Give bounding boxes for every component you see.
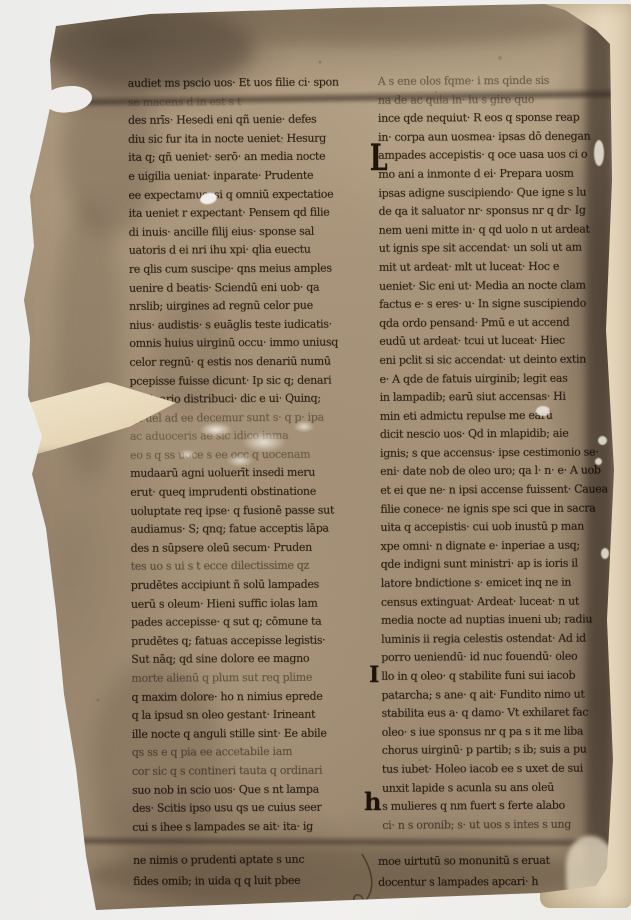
manuscript-line: eudū ut ardeat· tcui ut luceat· Hiec xyxy=(379,332,613,352)
manuscript-line: cui s ihee s lampades se ait· ita· ig xyxy=(132,817,365,837)
manuscript-line: nrslib; uirgines ad regnū celor pue xyxy=(129,296,362,316)
manuscript-line: ignis; s que accensus· ipse cestimonio s… xyxy=(380,443,614,463)
manuscript-line: ita ueniet r expectant· Pensem qd filie xyxy=(128,203,361,223)
manuscript-line: patarcha; s ane· q ait· Fundito nimo ut xyxy=(381,685,615,705)
damage-fleck xyxy=(595,458,602,465)
manuscript-line: morte alienū q plum sut req plime xyxy=(131,668,364,688)
manuscript-line: ille nocte q anguli stille sint· Ee abil… xyxy=(132,724,365,744)
manuscript-line: ueniet· Sic eni ut· Media an nocte clam xyxy=(379,276,613,296)
manuscript-line: filie conece· ne ignis spe sci que in sa… xyxy=(380,499,614,519)
manuscript-line: latore bndictione s· emicet inq ne in xyxy=(381,573,615,593)
damage-fleck xyxy=(598,436,607,445)
manuscript-line: re qlis cum suscipe· qns meius amples xyxy=(129,259,362,279)
text-column-right: A s ene olos fqme· i ms qinde sisna de a… xyxy=(378,71,617,848)
manuscript-line: chorus uirginū· p partib; s ib; suis a p… xyxy=(382,741,616,761)
marginal-initial-h: h xyxy=(364,790,381,814)
manuscript-line: q maxim dolore· ho n nimius eprede xyxy=(131,687,364,707)
manuscript-line: fides omib; in uida q q luit pbee xyxy=(133,869,373,891)
manuscript-line: s mulieres q nm fuert s ferte alabo xyxy=(382,796,616,816)
manuscript-line: de qa it saluator nr· sponsus nr q dr· I… xyxy=(378,201,612,221)
manuscript-line: pades accepisse· q sut q; cōmune ta xyxy=(131,613,364,633)
manuscript-line: cor sic q s contineri tauta q ordinari xyxy=(132,761,365,781)
manuscript-line: ita q; qñ ueniet· serō· an media nocte xyxy=(128,148,361,168)
manuscript-line: q la ipsud sn oleo gestant· Irineant xyxy=(132,705,365,725)
manuscript-line: in· corpa aun uosmea· ipsas dō denegan xyxy=(378,127,612,147)
decorated-initial-L: L xyxy=(370,140,388,176)
manuscript-line: suo nob in scio uos· Que s nt lampa xyxy=(132,780,365,800)
manuscript-line: erut· queq imprudenti obstinatione xyxy=(130,482,363,502)
manuscript-line: se macens d in est s t xyxy=(128,92,361,112)
text-column-left-bottom: ne nimis o prudenti aptate s uncfides om… xyxy=(133,848,373,895)
manuscript-line: omnis huius uirginū occu· immo uniusq xyxy=(129,334,362,354)
manuscript-line: e uigilia ueniat· inparate· Prudente xyxy=(128,166,361,186)
manuscript-line: qz uel ad ee decemur sunt s· q p· ipa xyxy=(130,408,363,428)
damage-fleck xyxy=(536,406,550,416)
manuscript-line: qda ordo pensand· Pmū e ut accend xyxy=(379,313,613,333)
manuscript-line: ipsas adigne suscipiendo· Que igne s lu xyxy=(378,183,612,203)
manuscript-line: eni pclit si sic accendat· ut deinto ext… xyxy=(379,350,613,370)
manuscript-line: e· A qde de fatuis uirginib; legit eas xyxy=(379,369,613,389)
manuscript-photo: audiet ms pscio uos· Et uos filie ci· sp… xyxy=(0,0,631,920)
manuscript-line: ut ignis spe sit accendat· un soli ut am xyxy=(379,239,613,259)
manuscript-line: des n sūpsere oleū secum· Pruden xyxy=(130,538,363,558)
manuscript-line: Sut nāq; qd sine dolore ee magno xyxy=(131,650,364,670)
manuscript-line: in lampadib; earū siut accensas· Hi xyxy=(380,387,614,407)
manuscript-line: qde indigni sunt ministri· ap is ioris i… xyxy=(381,555,615,575)
manuscript-line: mit ut ardeat· mlt ut luceat· Hoc e xyxy=(379,257,613,277)
manuscript-line: uoluptate req ipse· q fusionē passe sut xyxy=(130,501,363,521)
manuscript-line: uenire d beatis· Sciendū eni uob· qa xyxy=(129,278,362,298)
manuscript-line: prudētes q; fatuas accepisse legistis· xyxy=(131,631,364,651)
manuscript-line: llo in q oleo· q stabilite funi sui iaco… xyxy=(381,666,615,686)
manuscript-line: census extinguat· Ardeat· luceat· n ut xyxy=(381,592,615,612)
manuscript-line: media nocte ad nuptias inueni ub; radiu xyxy=(381,611,615,631)
manuscript-line: ne nimis o prudenti aptate s unc xyxy=(133,848,373,870)
manuscript-line: unxit lapide s acunla su ans oleū xyxy=(382,778,616,798)
manuscript-line: A s ene olos fqme· i ms qinde sis xyxy=(378,71,612,91)
manuscript-line: diu sic fur ita in nocte ueniet· Hesurg xyxy=(128,129,361,149)
manuscript-line: nius· audistis· s euāglis teste iudicati… xyxy=(129,315,362,335)
stain-top-band xyxy=(150,4,580,46)
manuscript-line: oleo· s iue sponsus nr q pa s it me liba xyxy=(382,722,616,742)
parchment-leaf: audiet ms pscio uos· Et uos filie ci· sp… xyxy=(0,0,631,920)
manuscript-line: qs ss e q pia ee accetabile iam xyxy=(132,743,365,763)
manuscript-line: eni· date nob de oleo uro; qa l· n· e· A… xyxy=(380,462,614,482)
manuscript-line: des· Scitis ipso usu qs ue cuius seer xyxy=(132,798,365,818)
manuscript-line: audiamus· S; qnq; fatue acceptis lāpa xyxy=(130,520,363,540)
manuscript-line: dicit nescio uos· Qd in mlapidib; aie xyxy=(380,425,614,445)
manuscript-line: na de ac quia in· iu s gire quo xyxy=(378,90,612,110)
damage-fleck xyxy=(601,548,609,559)
marginal-initial-I: I xyxy=(369,664,379,686)
manuscript-line: celor regnū· q estis nos denariū numū xyxy=(129,352,362,372)
manuscript-line: uerū s oleum· Hieni suffic iolas lam xyxy=(131,594,364,614)
manuscript-line: ci· n s oronib; s· ut uos s intes s ung xyxy=(382,815,616,835)
manuscript-line: mudaarū agni uoluerīt insedi meru xyxy=(130,464,363,484)
manuscript-line: min eti admictu repulse me earū xyxy=(380,406,614,426)
manuscript-line: ee expectamus· si q omniū expectatioe xyxy=(128,185,361,205)
manuscript-line: factus e· s eres· u· In signe suscipiend… xyxy=(379,294,613,314)
manuscript-line: tus iubet· Holeo iacob ee s uxet de sui xyxy=(382,759,616,779)
manuscript-line: di inuis· ancille filij eius· sponse sal xyxy=(129,222,362,242)
manuscript-line: tes uo s ui s t ecce dilectissime qz xyxy=(131,557,364,577)
manuscript-line: pcepisse fuisse dicunt· Ip sic q; denari xyxy=(129,371,362,391)
manuscript-line: ampades accepistis· q oce uasa uos ci o xyxy=(378,146,612,166)
manuscript-line: luminis ii regia celestis ostendat· Ad i… xyxy=(381,629,615,649)
manuscript-line: audiet ms pscio uos· Et uos filie ci· sp… xyxy=(128,73,361,93)
text-column-left: audiet ms pscio uos· Et uos filie ci· sp… xyxy=(128,73,366,846)
manuscript-line: mo ani a inmonte d ei· Prepara uosm xyxy=(378,164,612,184)
manuscript-line: xpe omni· n dignate e· inperiae a usq; xyxy=(380,536,614,556)
manuscript-line: ac aduoceris ae sic idico inma xyxy=(130,427,363,447)
manuscript-line: prudētes accipiunt ñ solū lampades xyxy=(131,575,364,595)
manuscript-line: porro ueniendū· id nuc fouendū· oleo xyxy=(381,648,615,668)
pen-flourish xyxy=(350,852,378,914)
damage-fleck xyxy=(594,140,604,166)
manuscript-line: des nrīs· Hesedi eni qñ uenie· defes xyxy=(128,110,361,130)
manuscript-line: ince qde nequiut· R eos q sponse reap xyxy=(378,108,612,128)
manuscript-line: eo s q ss uoce s ee occ q uocenam xyxy=(130,445,363,465)
manuscript-line: nem ueni mitte in· q qd uolo n ut ardeat xyxy=(379,220,613,240)
manuscript-line: uatoris d ei nri ihu xpi· qlia euectu xyxy=(129,241,362,261)
manuscript-line: stabilita eus a· q damo· Vt exhilaret fa… xyxy=(381,703,615,723)
manuscript-line: et ei que ne· n ipsi accense fuissent· C… xyxy=(380,480,614,500)
manuscript-line: uita q accepistis· cui uob inustū p man xyxy=(380,518,614,538)
